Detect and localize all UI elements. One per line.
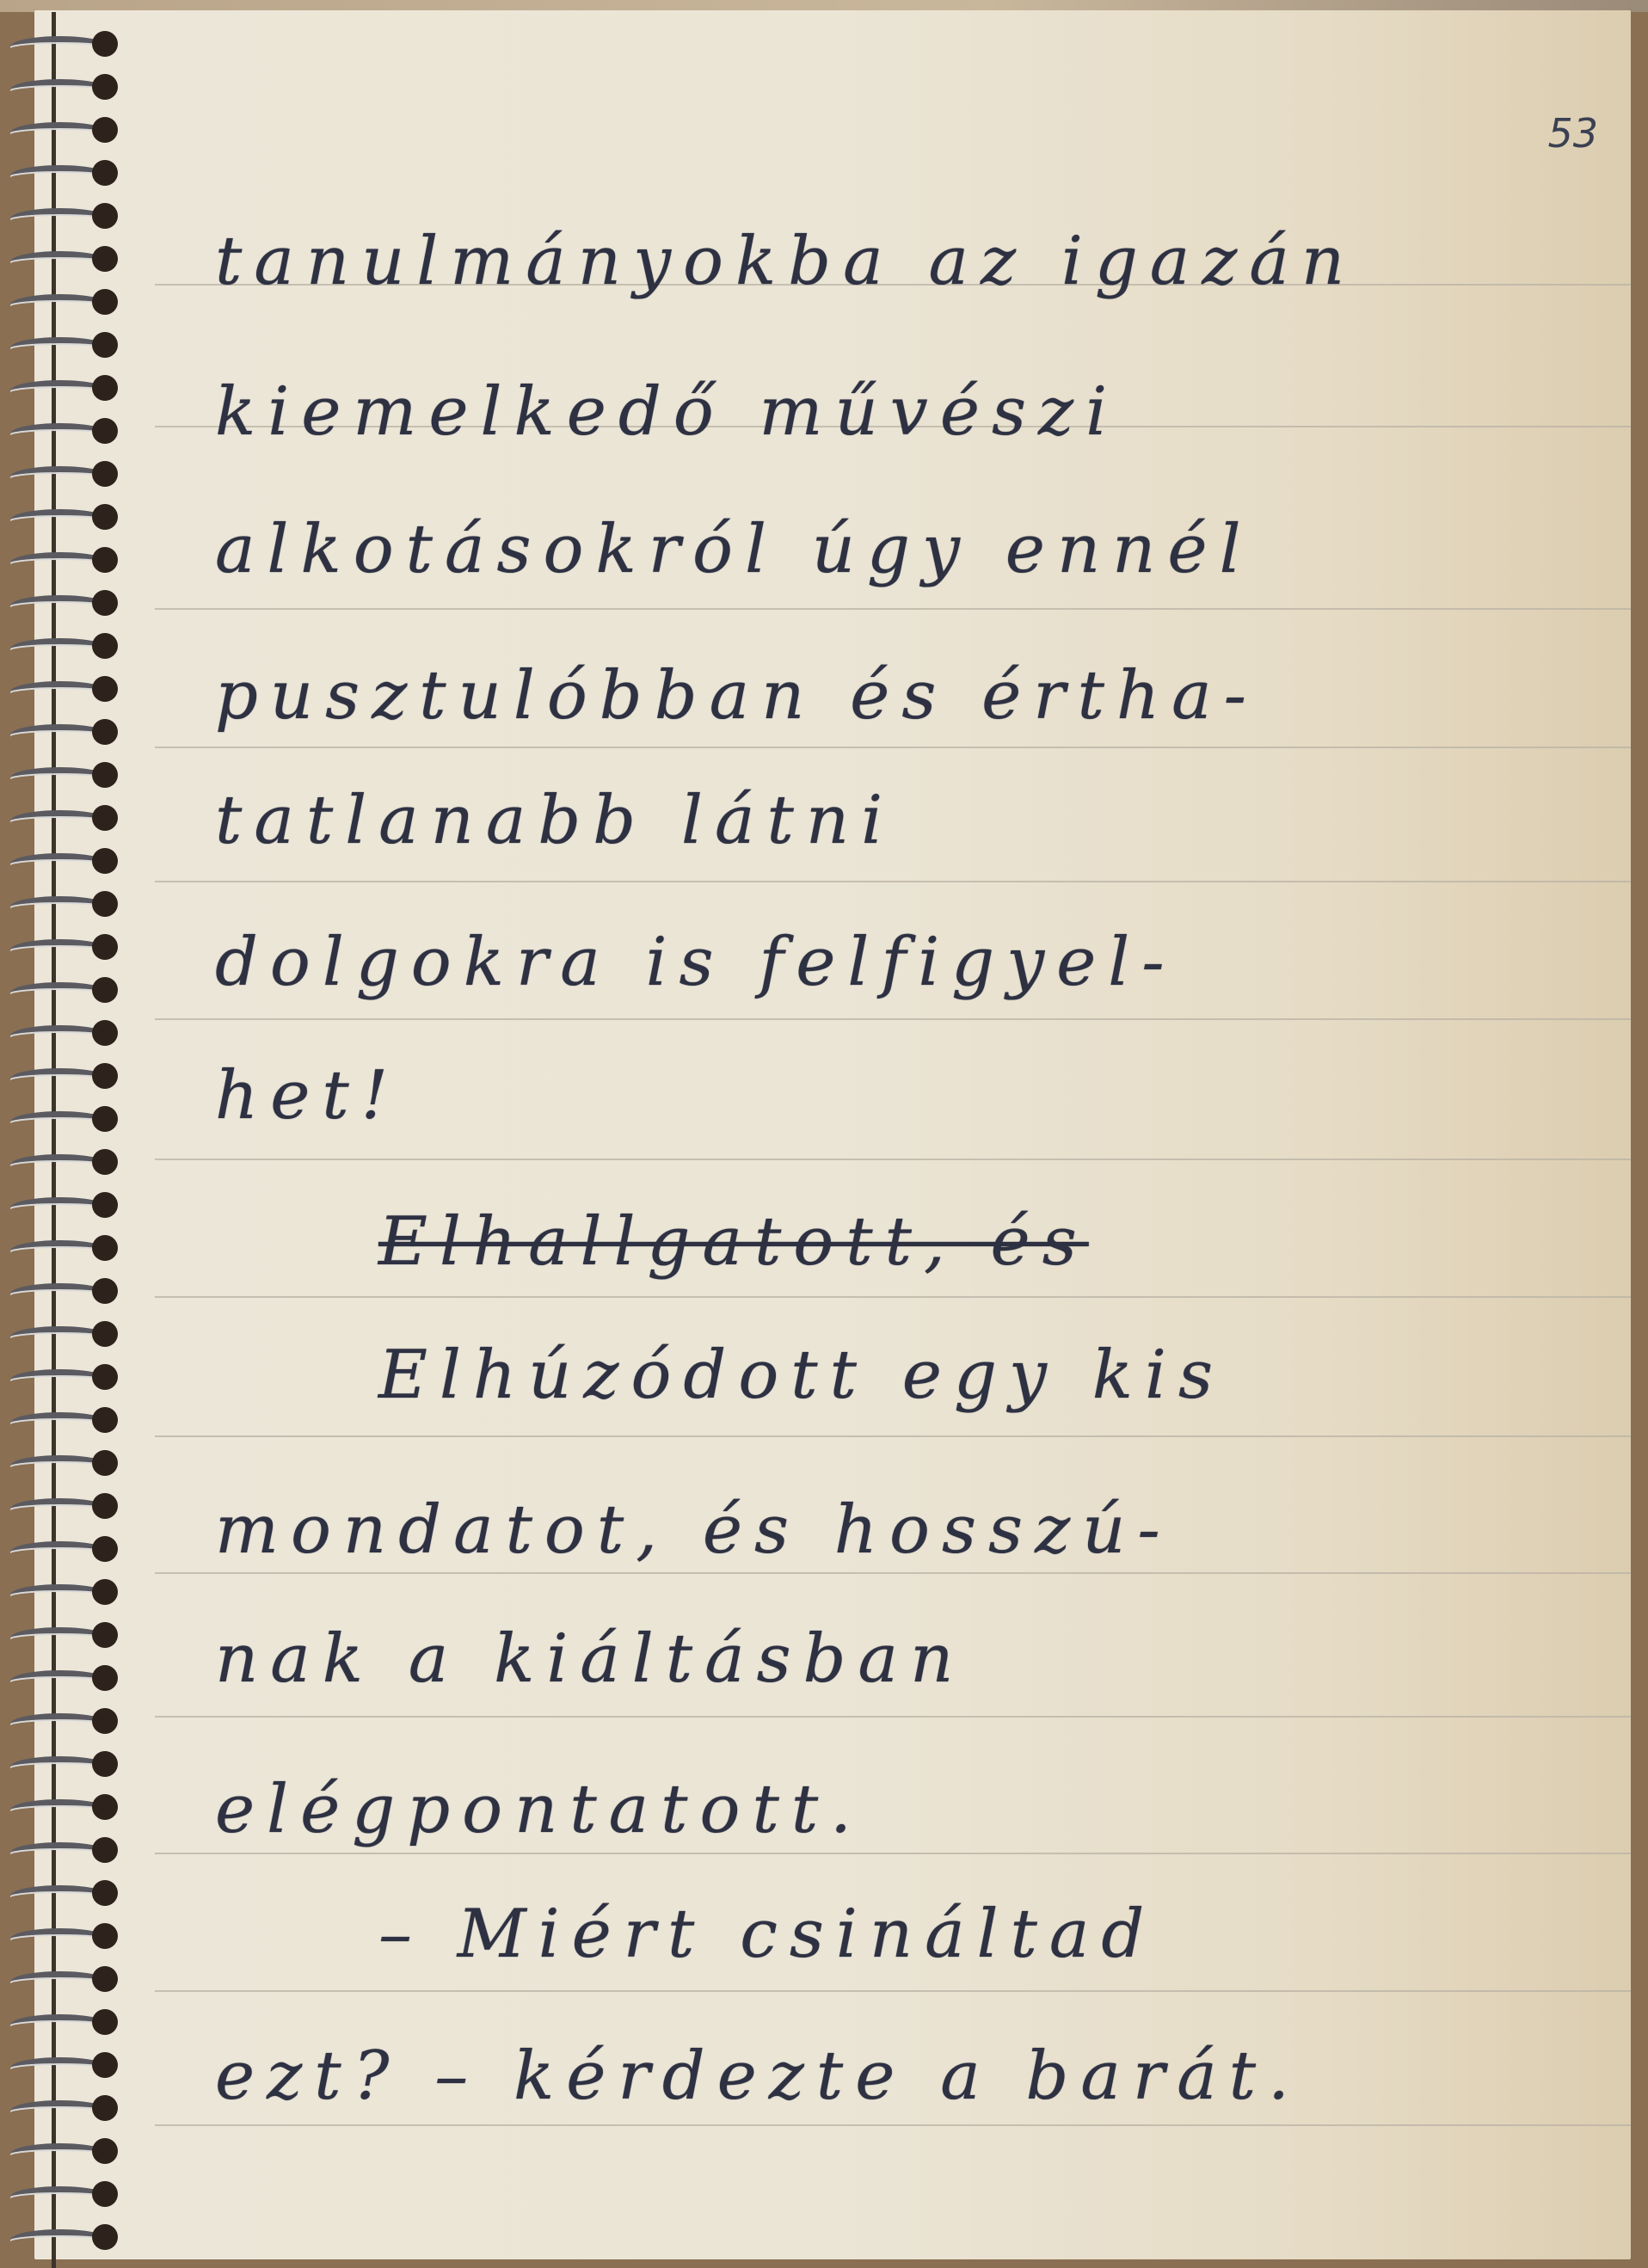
spiral-coil (2, 115, 118, 144)
spiral-coil (2, 545, 118, 575)
punch-hole (92, 289, 118, 315)
ruled-line (155, 1159, 1631, 1160)
spiral-coil (2, 2136, 118, 2166)
spiral-coil (2, 244, 118, 274)
spiral-coil (2, 1620, 118, 1650)
spiral-coil (2, 1233, 118, 1263)
spiral-coil (2, 1147, 118, 1177)
punch-hole (92, 461, 118, 487)
spiral-coil (2, 1319, 118, 1349)
ruled-line (155, 747, 1631, 748)
punch-hole (92, 1450, 118, 1476)
handwritten-line: tanulmányokba az igazán (215, 228, 1596, 295)
ruled-line (155, 1572, 1631, 1574)
spiral-coil (2, 1448, 118, 1478)
spiral-coil (2, 2179, 118, 2209)
spiral-coil (2, 459, 118, 489)
punch-hole (92, 2224, 118, 2250)
spiral-coil (2, 975, 118, 1005)
handwritten-line: elégpontatott. (215, 1776, 1596, 1843)
spiral-coil (2, 1405, 118, 1435)
punch-hole (92, 1364, 118, 1390)
spiral-coil (2, 760, 118, 790)
handwritten-line: ezt? – kérdezte a barát. (215, 2043, 1596, 2110)
punch-hole (92, 547, 118, 573)
spiral-coil (2, 1878, 118, 1908)
handwritten-line: dolgokra is felfigyel- (215, 929, 1596, 996)
ruled-line (155, 1990, 1631, 1992)
spiral-coil (2, 1577, 118, 1607)
punch-hole (92, 676, 118, 702)
spiral-coil (2, 373, 118, 403)
handwritten-line: alkotásokról úgy ennél (215, 516, 1596, 583)
handwritten-line: tatlanabb látni (215, 787, 1596, 854)
handwritten-line: – Miért csináltad (378, 1901, 1596, 1968)
spiral-coil (2, 330, 118, 360)
spiral-coil (2, 674, 118, 704)
ruled-line (155, 1853, 1631, 1854)
punch-hole (92, 1966, 118, 1992)
ruled-line (155, 1296, 1631, 1298)
punch-hole (92, 1794, 118, 1820)
handwritten-line: kiemelkedő művészi (215, 378, 1596, 446)
handwritten-line: pusztulóbban és értha- (215, 662, 1596, 729)
spiral-coil (2, 158, 118, 187)
punch-hole (92, 1235, 118, 1261)
punch-hole (92, 2138, 118, 2164)
spiral-coil (2, 932, 118, 962)
punch-hole (92, 1493, 118, 1519)
ruled-line (155, 1435, 1631, 1437)
punch-hole (92, 1622, 118, 1648)
ruled-line (155, 2124, 1631, 2126)
punch-hole (92, 1579, 118, 1605)
punch-hole (92, 246, 118, 272)
punch-hole (92, 977, 118, 1003)
ruled-line (155, 1716, 1631, 1718)
spiral-coil (2, 1835, 118, 1865)
spiral-coil (2, 1061, 118, 1091)
punch-hole (92, 74, 118, 100)
spiral-coil (2, 1018, 118, 1048)
punch-hole (92, 31, 118, 57)
punch-hole (92, 117, 118, 143)
punch-hole (92, 934, 118, 960)
punch-hole (92, 2181, 118, 2207)
punch-hole (92, 891, 118, 917)
spiral-coil (2, 2222, 118, 2252)
punch-hole (92, 160, 118, 186)
spiral-coil (2, 1792, 118, 1822)
punch-hole (92, 633, 118, 659)
spiral-coil (2, 502, 118, 532)
spiral-coil (2, 29, 118, 58)
punch-hole (92, 1837, 118, 1863)
spiral-coil (2, 1534, 118, 1564)
spiral-coil (2, 1749, 118, 1779)
spiral-coil (2, 588, 118, 618)
punch-hole (92, 332, 118, 358)
spiral-coil (2, 1276, 118, 1306)
punch-hole (92, 1020, 118, 1046)
punch-hole (92, 1321, 118, 1347)
spiral-coil (2, 2050, 118, 2080)
punch-hole (92, 1106, 118, 1132)
punch-hole (92, 590, 118, 616)
spiral-coil (2, 287, 118, 317)
punch-hole (92, 1880, 118, 1906)
punch-hole (92, 762, 118, 788)
punch-hole (92, 1923, 118, 1949)
punch-hole (92, 1407, 118, 1433)
spiral-binding (0, 12, 129, 2268)
punch-hole (92, 1063, 118, 1089)
punch-hole (92, 1751, 118, 1777)
spiral-coil (2, 846, 118, 876)
spiral-coil (2, 1491, 118, 1521)
punch-hole (92, 1708, 118, 1734)
punch-hole (92, 1192, 118, 1218)
punch-hole (92, 1665, 118, 1691)
spiral-coil (2, 717, 118, 747)
punch-hole (92, 504, 118, 530)
punch-hole (92, 1149, 118, 1175)
ruled-line (155, 1018, 1631, 1020)
punch-hole (92, 1536, 118, 1562)
spiral-coil (2, 1104, 118, 1134)
punch-hole (92, 1278, 118, 1304)
handwritten-line: nak a kiáltásban (215, 1626, 1596, 1693)
ruled-line (155, 881, 1631, 882)
punch-hole (92, 418, 118, 444)
punch-hole (92, 719, 118, 745)
ruled-line (155, 608, 1631, 610)
punch-hole (92, 805, 118, 831)
struck-through-line: Elhallgatott, és (378, 1208, 1596, 1275)
spiral-coil (2, 72, 118, 101)
punch-hole (92, 2052, 118, 2078)
handwritten-line: mondatot, és hosszú- (215, 1497, 1596, 1564)
spiral-coil (2, 1964, 118, 1994)
punch-hole (92, 848, 118, 874)
spiral-coil (2, 1663, 118, 1693)
handwritten-line: Elhúzódott egy kis (378, 1342, 1596, 1409)
page-number: 53 (1547, 110, 1598, 157)
spiral-coil (2, 1362, 118, 1392)
spiral-coil (2, 1190, 118, 1220)
spiral-coil (2, 1921, 118, 1951)
punch-hole (92, 203, 118, 229)
punch-hole (92, 2009, 118, 2035)
spiral-coil (2, 2007, 118, 2037)
spiral-coil (2, 2093, 118, 2123)
handwritten-line: het! (215, 1062, 1596, 1129)
punch-hole (92, 2095, 118, 2121)
spiral-coil (2, 1706, 118, 1736)
spiral-coil (2, 631, 118, 661)
spiral-coil (2, 803, 118, 833)
punch-hole (92, 375, 118, 401)
spiral-coil (2, 201, 118, 230)
spiral-coil (2, 416, 118, 446)
spiral-coil (2, 889, 118, 919)
